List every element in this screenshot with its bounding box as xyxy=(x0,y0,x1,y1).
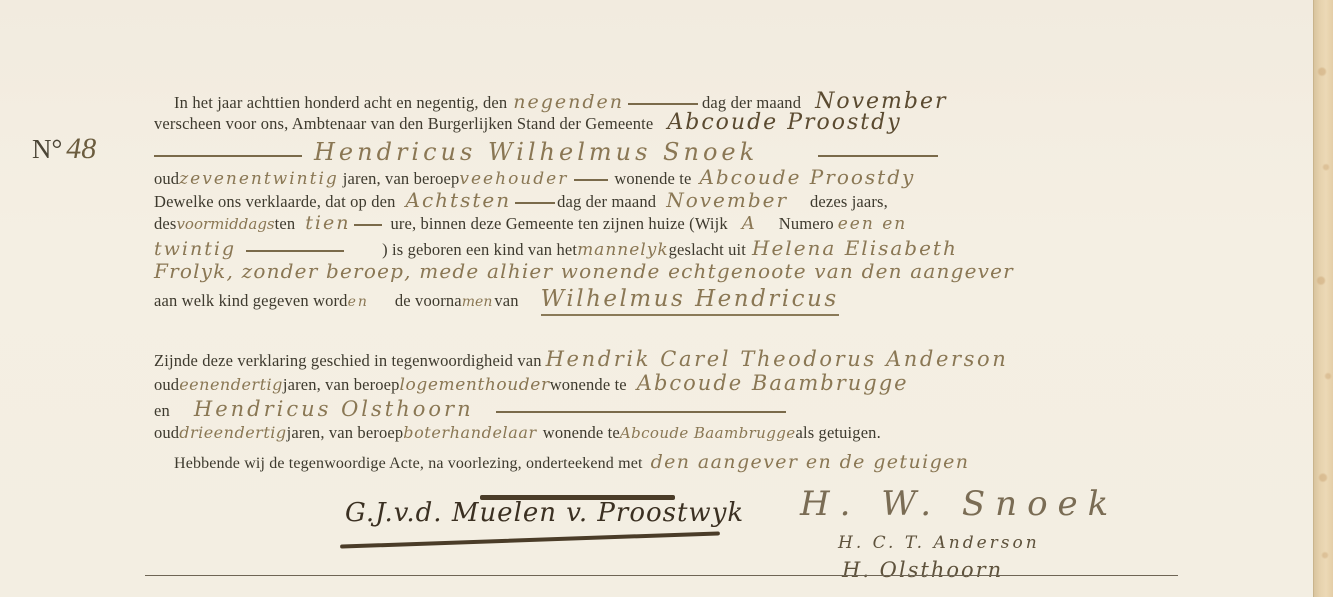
line-2: verscheen voor ons, Ambtenaar van den Bu… xyxy=(154,110,902,135)
official-signature: G.J.v.d. Muelen v. Proostwyk xyxy=(345,498,744,528)
printed-text: als getuigen. xyxy=(796,423,881,442)
handwritten-occupation: veehouder xyxy=(459,169,568,189)
number-prefix: N° xyxy=(32,134,62,164)
fill-line xyxy=(496,411,786,413)
line-6: desvoormiddagstentienure, binnen deze Ge… xyxy=(154,212,907,234)
record-separator-rule xyxy=(145,575,1178,576)
line-12: enHendricus Olsthoorn xyxy=(154,397,786,421)
line-10: Zijnde deze verklaring geschied in tegen… xyxy=(154,347,1008,371)
printed-text: wonende te xyxy=(543,423,620,442)
printed-text: ten xyxy=(275,214,296,233)
line-14: Hebbende wij de tegenwoordige Acte, na v… xyxy=(174,451,969,473)
signature-flourish xyxy=(340,531,720,548)
printed-text: Numero xyxy=(779,214,834,233)
handwritten-mother-details: Frolyk, zonder beroep, mede alhier wonen… xyxy=(154,259,1014,283)
handwritten-wijk: A xyxy=(742,213,757,234)
handwritten-witness2-name: Hendricus Olsthoorn xyxy=(194,397,474,421)
fill-line xyxy=(818,155,938,157)
printed-text: aan welk kind gegeven word xyxy=(154,291,348,310)
handwritten-declarant-name: Hendricus Wilhelmus Snoek xyxy=(314,138,758,166)
printed-text: oud xyxy=(154,423,179,442)
printed-text: de voorna xyxy=(395,291,462,310)
fill-line xyxy=(574,179,608,181)
page-edge xyxy=(1313,0,1333,597)
handwritten-sex: mannelyk xyxy=(577,240,669,260)
record-number-value: 48 xyxy=(66,132,96,165)
witness1-signature: H. C. T. Anderson xyxy=(838,533,1040,553)
line-9: aan welk kind gegeven wordende voornamen… xyxy=(154,286,839,312)
fill-line xyxy=(154,155,302,157)
handwritten-residence: Abcoude Proostdy xyxy=(699,165,915,189)
handwritten-witness1-age: eenendertig xyxy=(179,375,283,394)
fill-line xyxy=(515,202,555,204)
printed-text: Dewelke ons verklaarde, dat op den xyxy=(154,192,396,211)
printed-text: jaren, van beroep xyxy=(287,423,404,442)
line-8: Frolyk, zonder beroep, mede alhier wonen… xyxy=(154,259,1014,283)
handwritten-house-number-cont: twintig xyxy=(154,238,236,260)
line-4: oudzevenentwintigjaren, van beroepveehou… xyxy=(154,165,915,189)
printed-text: wonende te xyxy=(614,169,691,188)
handwritten-municipality: Abcoude Proostdy xyxy=(667,110,901,135)
handwritten-child-names: Wilhelmus Hendricus xyxy=(541,286,839,316)
printed-text: ) is geboren een kind van het xyxy=(382,240,577,259)
fill-line xyxy=(246,250,344,252)
line-13: ouddrieendertigjaren, van beroepboterhan… xyxy=(154,423,881,443)
handwritten-witness2-age: drieendertig xyxy=(179,423,286,442)
handwritten-witness2-occupation: boterhandelaar xyxy=(403,423,537,442)
printed-text: en xyxy=(154,401,170,420)
printed-text: van xyxy=(494,291,518,310)
handwritten-time-of-day: voormiddags xyxy=(176,215,274,233)
printed-text: dag der maand xyxy=(557,192,656,211)
handwritten-suffix: men xyxy=(462,294,493,310)
handwritten-signatories: den aangever en de getuigen xyxy=(651,451,970,473)
record-number: N°48 xyxy=(32,132,96,166)
line-3: Hendricus Wilhelmus Snoek xyxy=(154,138,938,166)
line-11: oudeenendertigjaren, van beroeplogementh… xyxy=(154,371,909,395)
printed-text: oud xyxy=(154,169,179,188)
printed-text: oud xyxy=(154,375,179,394)
handwritten-witness1-name: Hendrik Carel Theodorus Anderson xyxy=(546,347,1009,371)
declarant-signature: H. W. Snoek xyxy=(800,484,1118,524)
printed-text: verscheen voor ons, Ambtenaar van den Bu… xyxy=(154,114,653,133)
printed-text: jaren, van beroep xyxy=(343,169,460,188)
line-5: Dewelke ons verklaarde, dat op denAchtst… xyxy=(154,188,888,212)
handwritten-hour: tien xyxy=(305,212,350,234)
handwritten-house-number: een en xyxy=(838,214,907,234)
printed-text: des xyxy=(154,214,176,233)
handwritten-mother-name: Helena Elisabeth xyxy=(752,236,958,260)
handwritten-witness1-residence: Abcoude Baambrugge xyxy=(637,371,909,395)
printed-text: jaren, van beroep xyxy=(283,375,400,394)
printed-text: ure, binnen deze Gemeente ten zijnen hui… xyxy=(390,214,727,233)
handwritten-witness2-residence: Abcoude Baambrugge xyxy=(620,424,796,442)
register-page: N°48 In het jaar achttien honderd acht e… xyxy=(0,0,1313,597)
printed-text: dezes jaars, xyxy=(810,192,888,211)
handwritten-witness1-occupation: logementhouder xyxy=(400,375,550,395)
printed-text: Zijnde deze verklaring geschied in tegen… xyxy=(154,351,542,370)
printed-text: Hebbende wij de tegenwoordige Acte, na v… xyxy=(174,455,643,472)
handwritten-suffix: en xyxy=(348,294,369,310)
line-7: twintig) is geboren een kind van hetmann… xyxy=(154,236,958,260)
signature-flourish xyxy=(480,495,675,500)
printed-text: wonende te xyxy=(550,375,627,394)
fill-line xyxy=(628,103,698,105)
fill-line xyxy=(354,224,382,226)
printed-text: geslacht uit xyxy=(669,240,746,259)
handwritten-birth-month: November xyxy=(666,188,788,212)
witness2-signature: H. Olsthoorn xyxy=(842,558,1003,582)
handwritten-birth-day: Achtsten xyxy=(406,188,512,212)
handwritten-age: zevenentwintig xyxy=(179,169,339,189)
